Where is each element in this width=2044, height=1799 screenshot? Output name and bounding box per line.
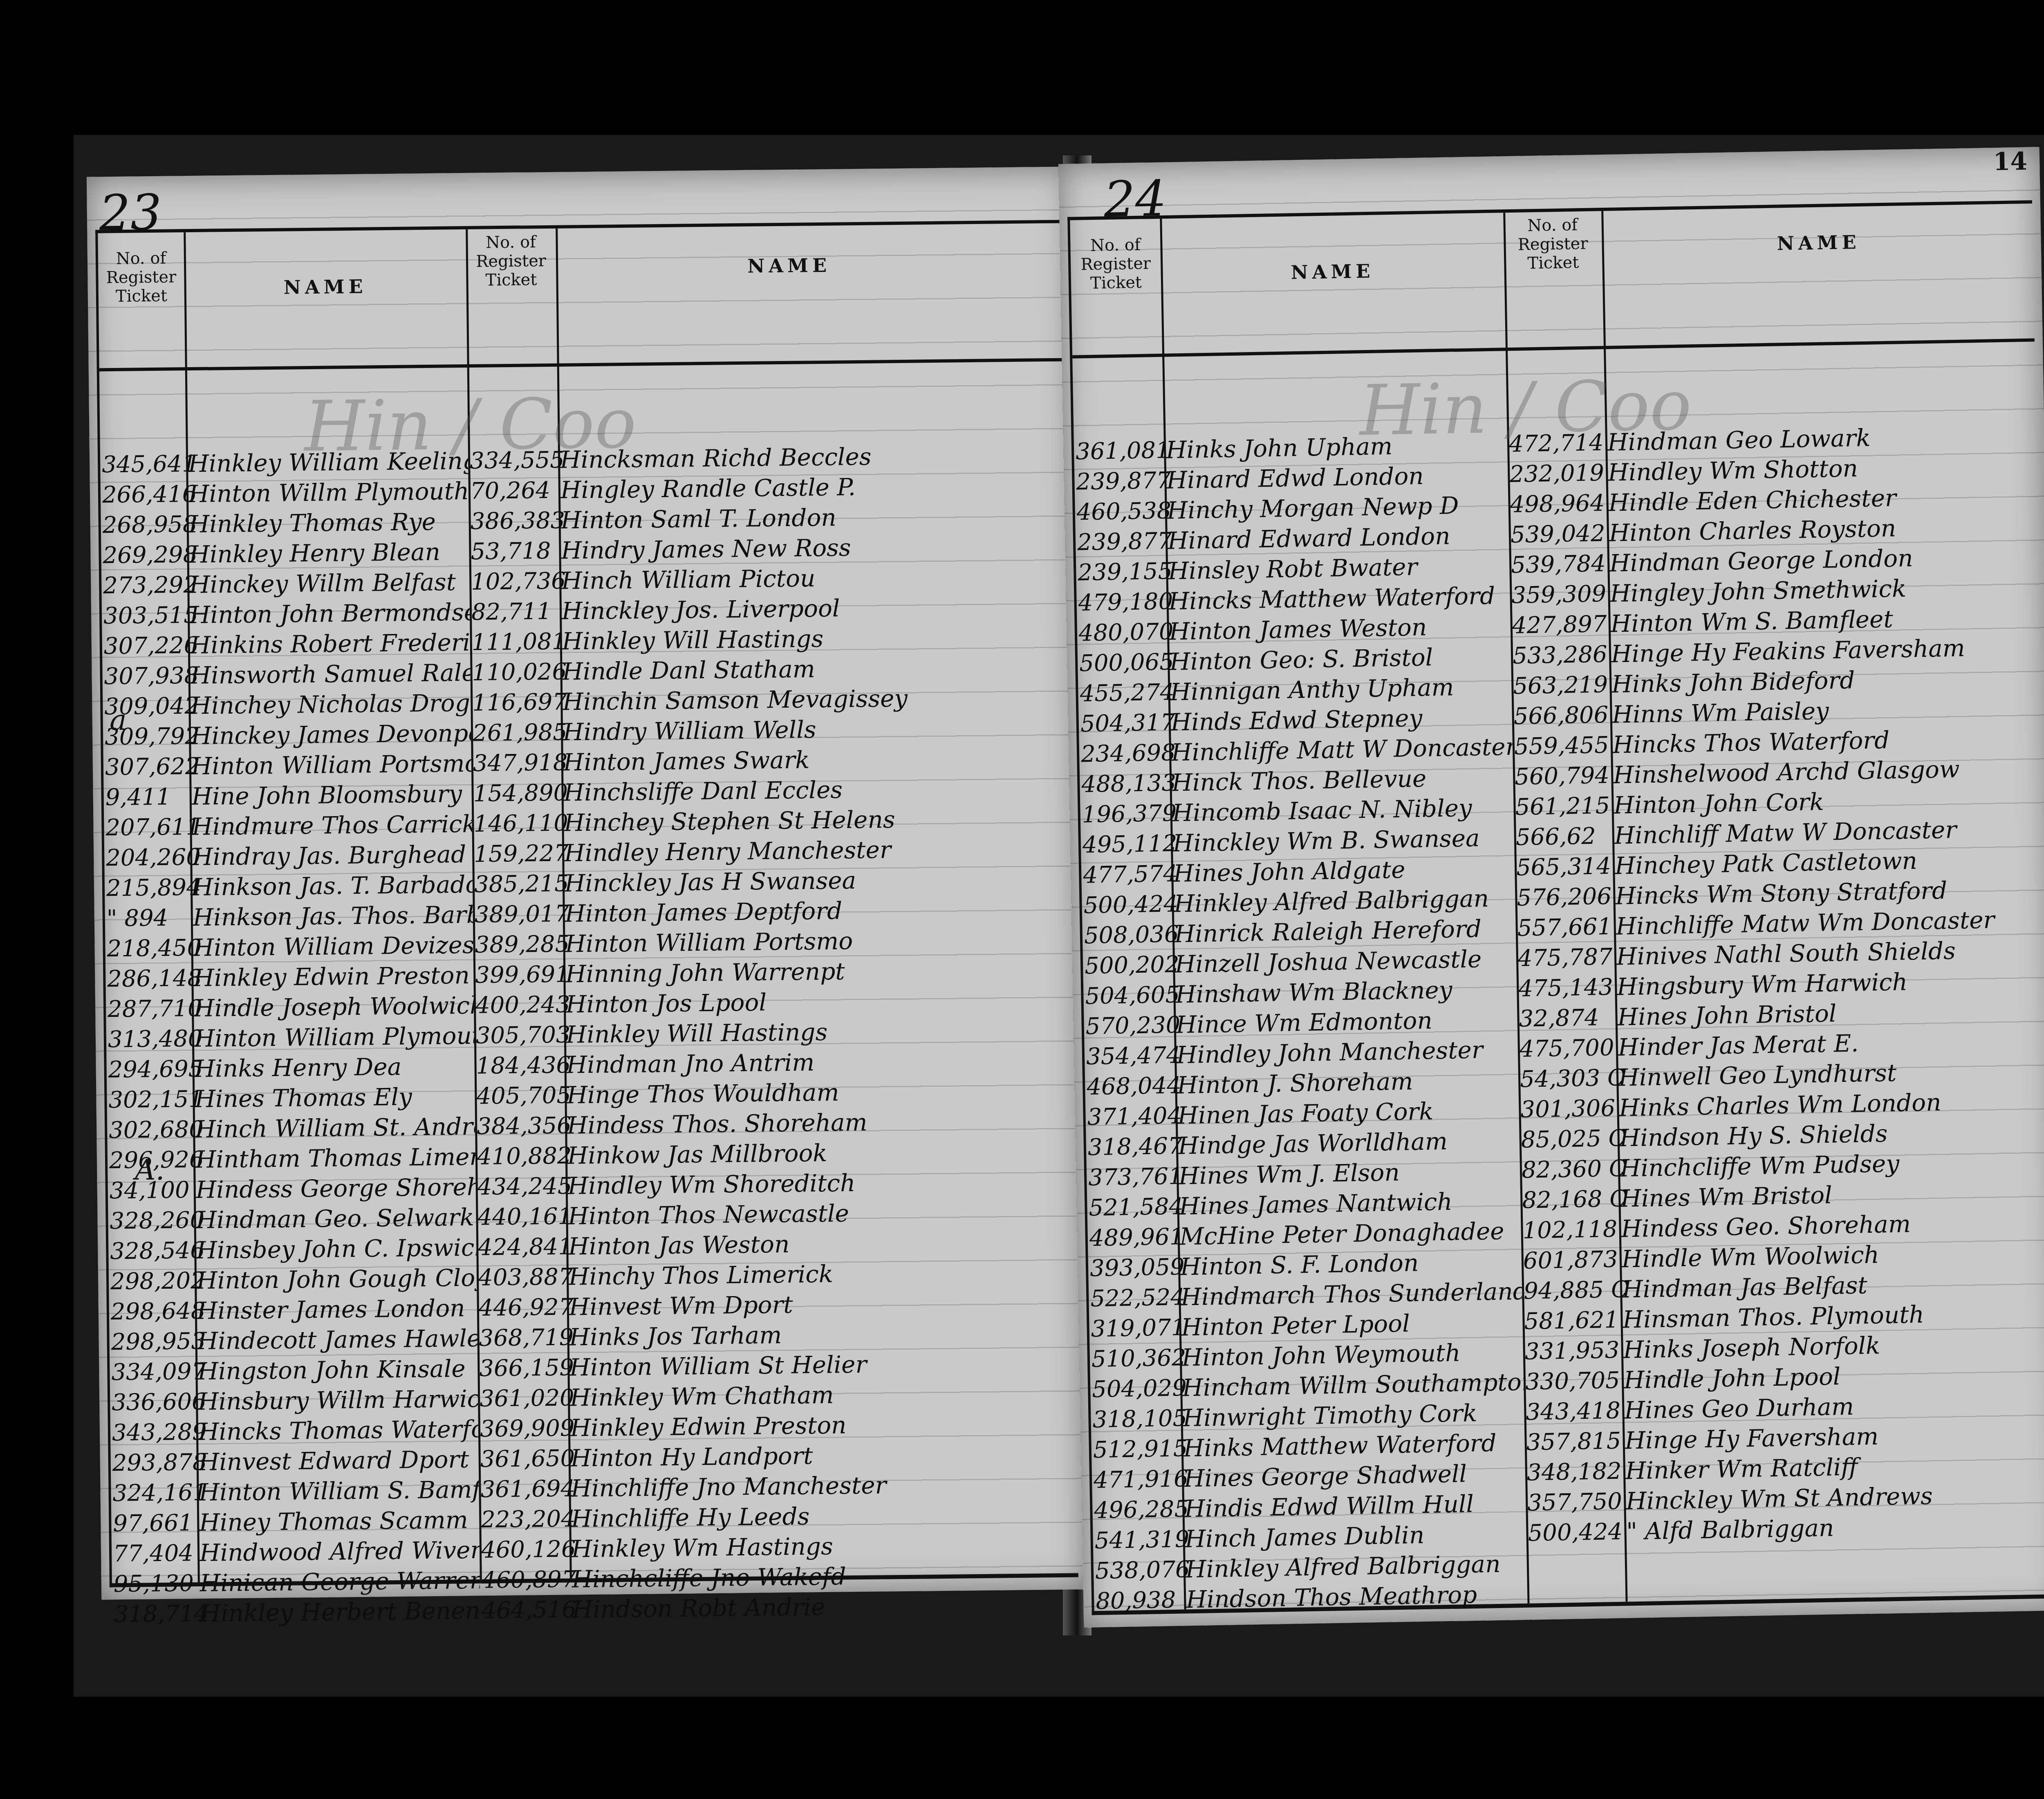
header-ticket: No. of Register Ticket	[1070, 235, 1161, 293]
table-row: 318,714Hinkley Herbert Benenden	[112, 1592, 480, 1636]
ticket-number: 77,404	[113, 1540, 194, 1567]
ticket-number: 328,260	[110, 1207, 204, 1234]
ticket-number: 345,641	[102, 451, 197, 478]
ticket-number: 479,180	[1078, 588, 1173, 616]
ticket-number: 496,285	[1094, 1496, 1189, 1524]
ticket-number: 510,362	[1091, 1344, 1186, 1373]
ticket-number: 576,206	[1517, 883, 1612, 911]
ticket-number: 357,750	[1527, 1488, 1623, 1516]
ticket-number: 521,584	[1089, 1193, 1184, 1221]
ticket-number: 303,515	[103, 602, 198, 629]
ticket-number: 475,700	[1519, 1034, 1614, 1063]
ticket-number: 475,143	[1518, 974, 1614, 1002]
ticket-number: 357,815	[1526, 1428, 1621, 1456]
ticket-number: 301,306	[1520, 1095, 1616, 1123]
ticket-number: 522,524	[1090, 1284, 1186, 1312]
ticket-number: 95,130	[114, 1570, 194, 1597]
ticket-number: 82,360 C	[1522, 1155, 1627, 1183]
ticket-number: 361,650	[480, 1445, 575, 1472]
ticket-number: 239,877	[1076, 467, 1171, 496]
register-table: No. of Register Ticket NAME No. of Regis…	[95, 220, 1078, 1588]
ticket-number: 307,226	[104, 632, 199, 659]
header-ticket: No. of Register Ticket	[466, 233, 556, 290]
ticket-number: 359,309	[1511, 581, 1607, 609]
seaman-name: Hindson Thos Meathrop	[1186, 1581, 1477, 1613]
ticket-number: 9,411	[105, 784, 171, 811]
ticket-number: 601,873	[1523, 1246, 1618, 1274]
ticket-number: 399,691	[475, 961, 570, 988]
ticket-number: 560,794	[1515, 762, 1610, 790]
ticket-number: 343,418	[1526, 1397, 1621, 1426]
ticket-number: 563,219	[1513, 671, 1608, 700]
ticket-number: 480,070	[1078, 618, 1174, 646]
ticket-number: 533,286	[1513, 641, 1608, 669]
ticket-number: 495,112	[1082, 830, 1177, 858]
ticket-number: 386,383	[470, 507, 565, 535]
ticket-number: 334,097	[111, 1358, 206, 1386]
ticket-number: 477,574	[1083, 860, 1178, 888]
ticket-number: 223,204	[481, 1505, 576, 1533]
ticket-number: 500,424	[1083, 891, 1179, 919]
ticket-number: 455,274	[1080, 679, 1175, 707]
ticket-number: 218,450	[107, 935, 202, 962]
ticket-number: 207,611	[105, 814, 200, 841]
ticket-number: 70,264	[470, 477, 551, 505]
ticket-number: 475,787	[1517, 944, 1613, 972]
ticket-number: 82,168 C	[1522, 1185, 1627, 1214]
ticket-number: 204,260	[106, 844, 201, 871]
ticket-number: 489,961	[1089, 1223, 1184, 1252]
ticket-number: 393,059	[1090, 1254, 1185, 1282]
ticket-number: 403,887	[478, 1263, 573, 1291]
ticket-number: 371,404	[1087, 1102, 1182, 1131]
ticket-number: 446,927	[479, 1294, 574, 1321]
ticket-number: 488,133	[1081, 769, 1177, 798]
ticket-number: 318,467	[1087, 1133, 1183, 1161]
ticket-number: 305,703	[476, 1021, 571, 1049]
ticket-number: 500,424	[1528, 1519, 1623, 1547]
ticket-number: 313,480	[108, 1025, 203, 1053]
ticket-number: " 894	[107, 905, 168, 932]
ticket-number: 460,538	[1076, 498, 1172, 526]
ticket-number: 159,227	[474, 840, 569, 867]
ticket-number: 472,714	[1509, 429, 1604, 458]
ticket-number: 561,215	[1515, 792, 1610, 821]
ticket-number: 512,915	[1093, 1435, 1188, 1463]
ticket-number: 348,182	[1526, 1458, 1622, 1486]
ticket-number: 53,718	[471, 538, 551, 565]
ticket-number: 239,877	[1077, 528, 1172, 556]
ticket-number: 508,036	[1084, 921, 1179, 949]
right-page: 24 14 No. of Register Ticket NAME No. of…	[1058, 147, 2044, 1627]
table-row: 464,516Hindson Robt Andrie	[480, 1586, 1036, 1633]
ticket-number: 334,555	[470, 447, 565, 474]
ticket-number: 389,285	[475, 931, 569, 958]
ticket-number: 361,081	[1076, 437, 1171, 465]
ticket-number: 361,694	[480, 1475, 575, 1503]
ticket-number: 373,761	[1088, 1163, 1183, 1191]
ticket-number: 102,118	[1522, 1216, 1618, 1244]
ticket-number: 266,416	[102, 481, 197, 508]
ticket-number: 102,736	[471, 568, 566, 595]
ticket-number: 269,298	[103, 541, 197, 569]
ticket-number: 539,042	[1510, 520, 1605, 548]
ticket-number: 82,711	[471, 598, 552, 626]
ticket-number: 500,202	[1085, 951, 1180, 979]
ticket-number: 298,202	[110, 1267, 205, 1295]
ticket-number: 273,292	[103, 572, 198, 599]
ticket-number: 424,841	[478, 1233, 573, 1261]
ticket-number: 405,705	[476, 1082, 571, 1109]
margin-note: a	[110, 703, 127, 737]
ticket-number: 434,245	[477, 1173, 572, 1200]
ticket-number: 319,071	[1091, 1314, 1186, 1342]
header-name: NAME	[184, 274, 466, 299]
ticket-number: 302,680	[109, 1116, 204, 1144]
ticket-number: 347,918	[473, 749, 568, 776]
seaman-name: " Alfd Balbriggan	[1626, 1514, 1834, 1546]
ticket-number: 110,026	[472, 658, 567, 686]
ticket-number: 500,065	[1079, 648, 1174, 677]
ticket-number: 85,025 C	[1521, 1125, 1626, 1153]
table-row: 500,424" Alfd Balbriggan	[1526, 1505, 2044, 1555]
ticket-number: 330,705	[1525, 1367, 1620, 1395]
ticket-number: 504,029	[1092, 1375, 1187, 1403]
ticket-number: 384,356	[477, 1112, 572, 1140]
ticket-number: 302,151	[108, 1086, 203, 1113]
ticket-number: 307,622	[105, 753, 200, 781]
ticket-number: 471,916	[1094, 1465, 1189, 1494]
ticket-number: 336,606	[112, 1389, 206, 1416]
ticket-number: 559,455	[1514, 732, 1609, 760]
register-table: No. of Register Ticket NAME No. of Regis…	[1067, 200, 2044, 1615]
ticket-number: 566,62	[1515, 823, 1596, 851]
ticket-number: 111,081	[471, 628, 566, 655]
header-ticket: No. of Register Ticket	[1503, 215, 1602, 273]
ticket-number: 541,319	[1094, 1526, 1190, 1554]
ticket-number: 32,874	[1519, 1004, 1599, 1032]
ticket-number: 504,317	[1080, 709, 1175, 737]
ticket-number: 400,243	[475, 991, 570, 1018]
ticket-number: 557,661	[1517, 913, 1612, 942]
ticket-number: 366,159	[479, 1354, 574, 1382]
ticket-number: 440,161	[477, 1203, 572, 1230]
ticket-number: 261,985	[473, 719, 567, 746]
left-page: 23 No. of Register Ticket NAME No. of Re…	[87, 166, 1087, 1599]
ticket-number: 504,605	[1085, 981, 1180, 1009]
ticket-number: 460,126	[481, 1536, 576, 1563]
ticket-number: 232,019	[1509, 460, 1605, 488]
ticket-number: 468,044	[1087, 1072, 1182, 1100]
ticket-number: 538,076	[1095, 1556, 1190, 1584]
ticket-number: 318,714	[114, 1600, 208, 1628]
ticket-number: 184,436	[476, 1052, 571, 1079]
ticket-number: 54,303 C	[1520, 1064, 1625, 1092]
ticket-number: 307,938	[104, 662, 199, 690]
ticket-number: 298,953	[111, 1328, 206, 1355]
ticket-number: 343,289	[112, 1419, 207, 1446]
ticket-number: 318,105	[1092, 1405, 1188, 1433]
table-row: 80,938Hindson Thos Meathrop	[1094, 1575, 1528, 1623]
ticket-number: 464,516	[482, 1596, 576, 1624]
seaman-name: Hindson Robt Andrie	[572, 1593, 825, 1623]
ticket-number: 581,621	[1524, 1307, 1619, 1335]
ticket-number: 385,215	[474, 870, 569, 897]
ticket-number: 389,017	[474, 900, 569, 928]
ticket-number: 410,882	[477, 1142, 572, 1170]
ticket-number: 298,648	[111, 1298, 206, 1325]
ticket-number: 498,964	[1510, 490, 1605, 518]
ticket-number: 94,885 C	[1524, 1276, 1629, 1304]
ticket-number: 324,161	[112, 1479, 207, 1507]
ticket-number: 368,719	[479, 1324, 574, 1351]
ticket-number: 566,806	[1513, 702, 1609, 730]
ticket-number: 196,379	[1082, 800, 1177, 828]
ticket-number: 293,878	[112, 1449, 207, 1476]
ticket-number: 239,155	[1078, 558, 1173, 586]
seaman-name: Hinkley Herbert Benenden	[200, 1596, 480, 1627]
ticket-number: 565,314	[1516, 853, 1611, 881]
ticket-number: 328,546	[110, 1237, 205, 1265]
ticket-number: 570,230	[1085, 1012, 1181, 1040]
ticket-number: 97,661	[113, 1510, 193, 1537]
ticket-number: 116,697	[472, 689, 567, 716]
ticket-number: 460,897	[482, 1566, 576, 1593]
ticket-number: 354,474	[1086, 1042, 1181, 1070]
margin-note: A.	[135, 1153, 165, 1187]
ticket-number: 268,958	[102, 511, 197, 538]
ticket-number: 294,695	[108, 1056, 203, 1083]
ticket-number: 427,897	[1512, 611, 1607, 639]
ticket-number: 154,890	[473, 779, 568, 807]
ticket-number: 80,938	[1096, 1587, 1176, 1615]
ticket-number: 369,909	[480, 1415, 575, 1442]
header-ticket: No. of Register Ticket	[98, 249, 184, 306]
ticket-number: 361,020	[480, 1384, 574, 1412]
ticket-number: 215,894	[106, 874, 201, 902]
ticket-number: 234,698	[1081, 739, 1176, 767]
ticket-number: 331,953	[1524, 1337, 1620, 1365]
ticket-number: 287,710	[108, 995, 202, 1023]
folio-number: 14	[1993, 147, 2028, 176]
ticket-number: 539,784	[1511, 550, 1606, 579]
ticket-number: 146,110	[473, 810, 568, 837]
ticket-number: 286,148	[107, 965, 202, 992]
